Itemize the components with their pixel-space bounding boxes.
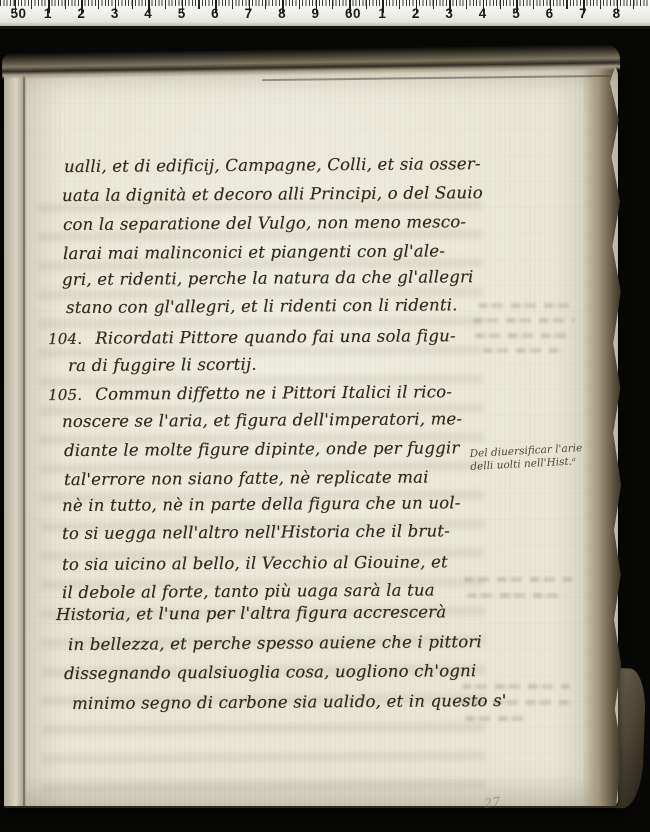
ruler-half-tick bbox=[65, 0, 66, 9]
manuscript-line: uata la dignità et decoro alli Principi,… bbox=[62, 185, 483, 204]
manuscript-line-text: ualli, et di edificij, Campagne, Colli, … bbox=[64, 154, 481, 176]
ruler-number: 2 bbox=[77, 7, 85, 21]
ruler-half-tick bbox=[600, 0, 601, 9]
ruler-half-tick bbox=[466, 0, 467, 9]
ruler-number: 7 bbox=[245, 7, 253, 21]
manuscript-line-text: larai mai malinconici et piangenti con g… bbox=[63, 241, 445, 263]
manuscript-line: dissegnando qualsiuoglia cosa, uogliono … bbox=[64, 663, 476, 682]
manuscript-line-text: dissegnando qualsiuoglia cosa, uogliono … bbox=[64, 661, 476, 683]
manuscript-line: Historia, et l'una per l'altra figura ac… bbox=[56, 604, 446, 623]
ruler-half-tick bbox=[332, 0, 333, 9]
ruler-half-tick bbox=[98, 0, 99, 9]
ruler-number: 3 bbox=[445, 7, 453, 21]
ruler: 501234567896012345678 bbox=[0, 0, 650, 29]
manuscript-line: tal'errore non siano fatte, nè replicate… bbox=[64, 469, 429, 488]
manuscript-line: in bellezza, et perche spesso auiene che… bbox=[68, 634, 482, 653]
manuscript-line-text: to si uegga nell'altro nell'Historia che… bbox=[62, 521, 450, 543]
ruler-half-tick bbox=[533, 0, 534, 9]
ruler-number: 5 bbox=[178, 7, 186, 21]
manuscript-line-text: in bellezza, et perche spesso auiene che… bbox=[68, 632, 482, 654]
manuscript-line-text: il debole al forte, tanto più uaga sarà … bbox=[62, 580, 435, 602]
manuscript-line: ualli, et di edificij, Campagne, Colli, … bbox=[64, 156, 481, 175]
ruler-half-tick bbox=[500, 0, 501, 9]
manuscript-photo: 501234567896012345678 ualli, et di edifi… bbox=[0, 0, 650, 832]
manuscript-line-text: noscere se l'aria, et figura dell'impera… bbox=[62, 409, 462, 431]
manuscript-line-text: minimo segno di carbone sia ualido, et i… bbox=[72, 691, 507, 713]
ruler-half-tick bbox=[31, 0, 32, 9]
ruler-number: 2 bbox=[412, 7, 420, 21]
ruler-number: 5 bbox=[512, 7, 520, 21]
ruler-number: 4 bbox=[144, 7, 152, 21]
manuscript-line: 105.Commun diffetto ne i Pittori Italici… bbox=[48, 384, 452, 403]
manuscript-line-text: con la separatione del Vulgo, non meno m… bbox=[63, 212, 466, 234]
manuscript-line: to si uegga nell'altro nell'Historia che… bbox=[62, 523, 450, 542]
manuscript-line: nè in tutto, nè in parte della figura ch… bbox=[62, 495, 461, 514]
ruler-half-tick bbox=[165, 0, 166, 9]
ruler-half-tick bbox=[265, 0, 266, 9]
manuscript-line: minimo segno di carbone sia ualido, et i… bbox=[72, 693, 507, 713]
manuscript-line: stano con gl'allegri, et li ridenti con … bbox=[66, 297, 458, 316]
manuscript-line: con la separatione del Vulgo, non meno m… bbox=[63, 214, 466, 233]
manuscript-line: noscere se l'aria, et figura dell'impera… bbox=[62, 411, 462, 430]
manuscript-line-text: diante le molte figure dipinte, onde per… bbox=[64, 438, 460, 460]
ruler-number: 6 bbox=[211, 7, 219, 21]
ruler-number: 6 bbox=[546, 7, 554, 21]
ruler-half-tick bbox=[566, 0, 567, 9]
manuscript-line: gri, et ridenti, perche la natura da che… bbox=[62, 269, 474, 288]
ruler-half-tick bbox=[299, 0, 300, 9]
ruler-number: 8 bbox=[278, 7, 286, 21]
manuscript-line-text: tal'errore non siano fatte, nè replicate… bbox=[64, 467, 429, 489]
section-number: 105. bbox=[48, 388, 82, 403]
section-number: 104. bbox=[48, 332, 82, 347]
manuscript-line-text: to sia uicino al bello, il Vecchio al Gi… bbox=[62, 552, 448, 574]
manuscript-line: il debole al forte, tanto più uaga sarà … bbox=[62, 582, 435, 601]
ruler-half-tick bbox=[366, 0, 367, 9]
book: ualli, et di edificij, Campagne, Colli, … bbox=[0, 0, 650, 832]
ruler-number: 7 bbox=[579, 7, 587, 21]
manuscript-line: ra di fuggire li scortij. bbox=[68, 357, 257, 375]
manuscript-line: larai mai malinconici et piangenti con g… bbox=[63, 243, 445, 262]
manuscript-line: to sia uicino al bello, il Vecchio al Gi… bbox=[62, 554, 448, 573]
ruler-number: 1 bbox=[44, 7, 52, 21]
ruler-number: 1 bbox=[378, 7, 386, 21]
ruler-half-tick bbox=[198, 0, 199, 9]
ruler-number: 60 bbox=[345, 7, 361, 21]
manuscript-line: 104.Ricordati Pittore quando fai una sol… bbox=[48, 328, 456, 347]
manuscript-text: ualli, et di edificij, Campagne, Colli, … bbox=[4, 60, 618, 806]
ruler-half-tick bbox=[232, 0, 233, 9]
ruler-number: 8 bbox=[613, 7, 621, 21]
ruler-number: 3 bbox=[111, 7, 119, 21]
manuscript-line-text: Historia, et l'una per l'altra figura ac… bbox=[56, 602, 446, 624]
manuscript-line-text: gri, et ridenti, perche la natura da che… bbox=[62, 267, 474, 289]
ruler-number: 9 bbox=[312, 7, 320, 21]
manuscript-line-text: nè in tutto, nè in parte della figura ch… bbox=[62, 493, 461, 515]
ruler-half-tick bbox=[399, 0, 400, 9]
manuscript-page: ualli, et di edificij, Campagne, Colli, … bbox=[4, 60, 618, 808]
manuscript-line-text: uata la dignità et decoro alli Principi,… bbox=[62, 183, 483, 205]
manuscript-line-text: stano con gl'allegri, et li ridenti con … bbox=[66, 295, 458, 317]
manuscript-line-text: Commun diffetto ne i Pittori Italici il … bbox=[95, 382, 452, 403]
ruler-half-tick bbox=[433, 0, 434, 9]
ruler-half-tick bbox=[633, 0, 634, 9]
ruler-number: 50 bbox=[10, 7, 26, 21]
manuscript-line-text: Ricordati Pittore quando fai una sola fi… bbox=[95, 326, 456, 348]
ruler-number: 4 bbox=[479, 7, 487, 21]
ruler-half-tick bbox=[132, 0, 133, 9]
manuscript-line-text: ra di fuggire li scortij. bbox=[68, 355, 257, 375]
manuscript-line: diante le molte figure dipinte, onde per… bbox=[64, 440, 460, 459]
